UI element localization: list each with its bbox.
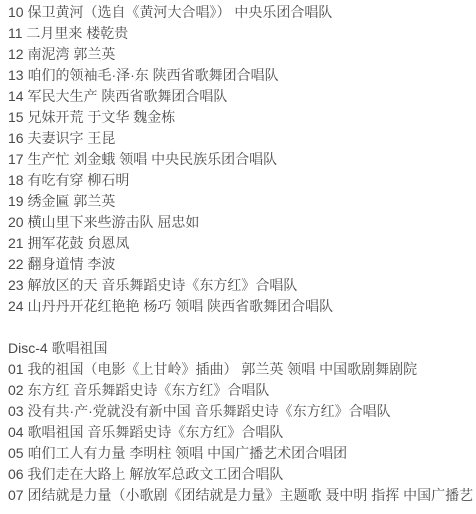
disc4-section-header: Disc-4 歌唱祖国 [8,338,476,359]
track-line: 24 山丹丹开花红艳艳 杨巧 领唱 陕西省歌舞团合唱队 [8,296,476,317]
track-line: 04 歌唱祖国 音乐舞蹈史诗《东方红》合唱队 [8,422,476,443]
track-line: 02 东方红 音乐舞蹈史诗《东方红》合唱队 [8,380,476,401]
blank-line [8,317,476,338]
track-line: 22 翻身道情 李波 [8,254,476,275]
track-line: 01 我的祖国（电影《上甘岭》插曲） 郭兰英 领唱 中国歌剧舞剧院 [8,359,476,380]
track-line: 21 拥军花鼓 贠恩凤 [8,233,476,254]
track-line: 05 咱们工人有力量 李明柱 领唱 中国广播艺术团合唱团 [8,443,476,464]
track-line: 11 二月里来 楼乾贵 [8,23,476,44]
tracklist-document: 10 保卫黄河（选自《黄河大合唱》） 中央乐团合唱队 11 二月里来 楼乾贵 1… [0,0,476,514]
track-line: 12 南泥湾 郭兰英 [8,44,476,65]
track-line: 17 生产忙 刘金蛾 领唱 中央民族乐团合唱队 [8,149,476,170]
track-line: 07 团结就是力量（小歌剧《团结就是力量》主题歌 聂中明 指挥 中国广播艺 [8,485,476,506]
track-line: 10 保卫黄河（选自《黄河大合唱》） 中央乐团合唱队 [8,2,476,23]
track-line: 14 军民大生产 陕西省歌舞团合唱队 [8,86,476,107]
track-line: 18 有吃有穿 柳石明 [8,170,476,191]
track-line: 06 我们走在大路上 解放军总政文工团合唱队 [8,464,476,485]
track-line: 19 绣金匾 郭兰英 [8,191,476,212]
track-line: 03 没有共·产·党就没有新中国 音乐舞蹈史诗《东方红》合唱队 [8,401,476,422]
track-line: 13 咱们的领袖毛·泽·东 陕西省歌舞团合唱队 [8,65,476,86]
track-line: 23 解放区的天 音乐舞蹈史诗《东方红》合唱队 [8,275,476,296]
track-line: 16 夫妻识字 王昆 [8,128,476,149]
track-line: 20 横山里下来些游击队 屈忠如 [8,212,476,233]
track-line: 15 兄妹开荒 于文华 魏金栋 [8,107,476,128]
